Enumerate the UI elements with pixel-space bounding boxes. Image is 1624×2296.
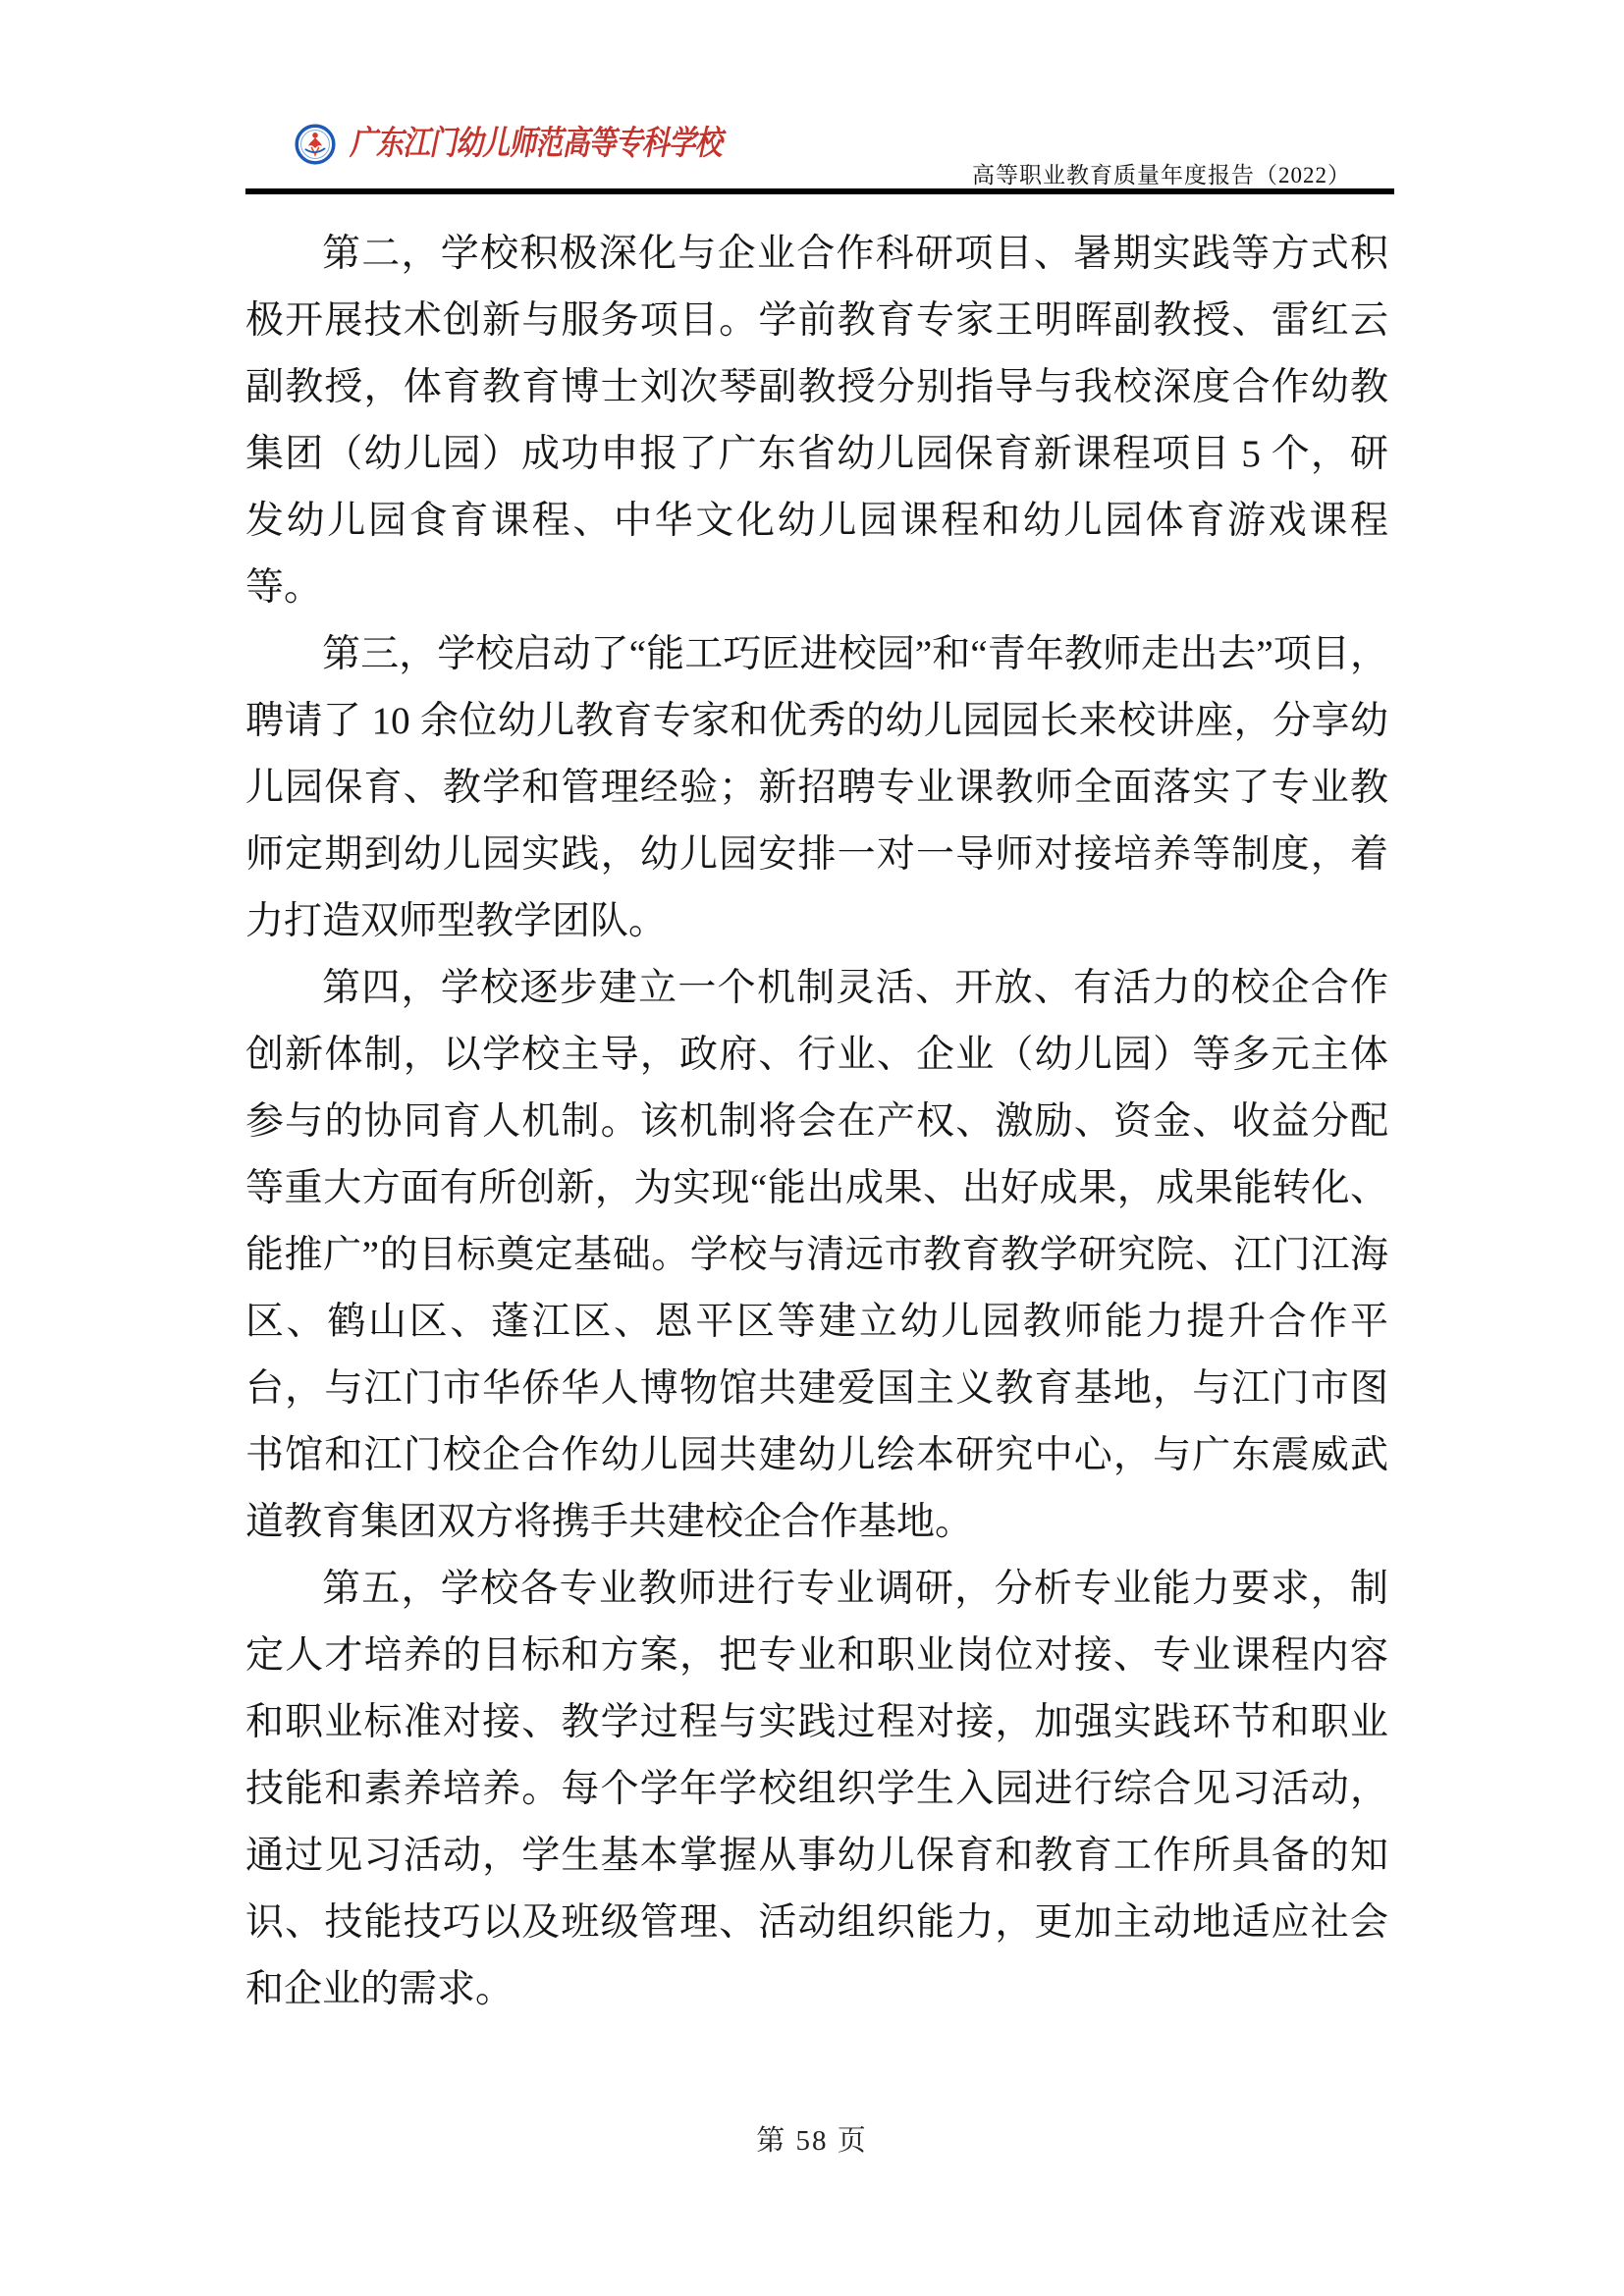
header-rule — [245, 188, 1394, 194]
school-logo-icon — [295, 124, 336, 165]
paragraph-2: 第二，学校积极深化与企业合作科研项目、暑期实践等方式积极开展技术创新与服务项目。… — [245, 221, 1388, 621]
paragraph-5: 第五，学校各专业教师进行专业调研，分析专业能力要求，制定人才培养的目标和方案，把… — [245, 1556, 1388, 2023]
paragraph-4: 第四，学校逐步建立一个机制灵活、开放、有活力的校企合作创新体制，以学校主导，政府… — [245, 955, 1388, 1556]
report-title: 高等职业教育质量年度报告（2022） — [972, 157, 1351, 189]
page-footer: 第 58 页 — [0, 2118, 1624, 2159]
school-name-calligraphy: 广东江门幼儿师范高等专科学校 — [350, 128, 722, 161]
page-number-label: 第 58 页 — [756, 2125, 868, 2157]
page-header-left: 广东江门幼儿师范高等专科学校 — [295, 124, 803, 165]
paragraph-3: 第三，学校启动了“能工巧匠进校园”和“青年教师走出去”项目，聘请了 10 余位幼… — [245, 621, 1388, 955]
document-body: 第二，学校积极深化与企业合作科研项目、暑期实践等方式积极开展技术创新与服务项目。… — [245, 221, 1388, 2023]
document-page: 广东江门幼儿师范高等专科学校 高等职业教育质量年度报告（2022） 第二，学校积… — [0, 0, 1624, 2296]
